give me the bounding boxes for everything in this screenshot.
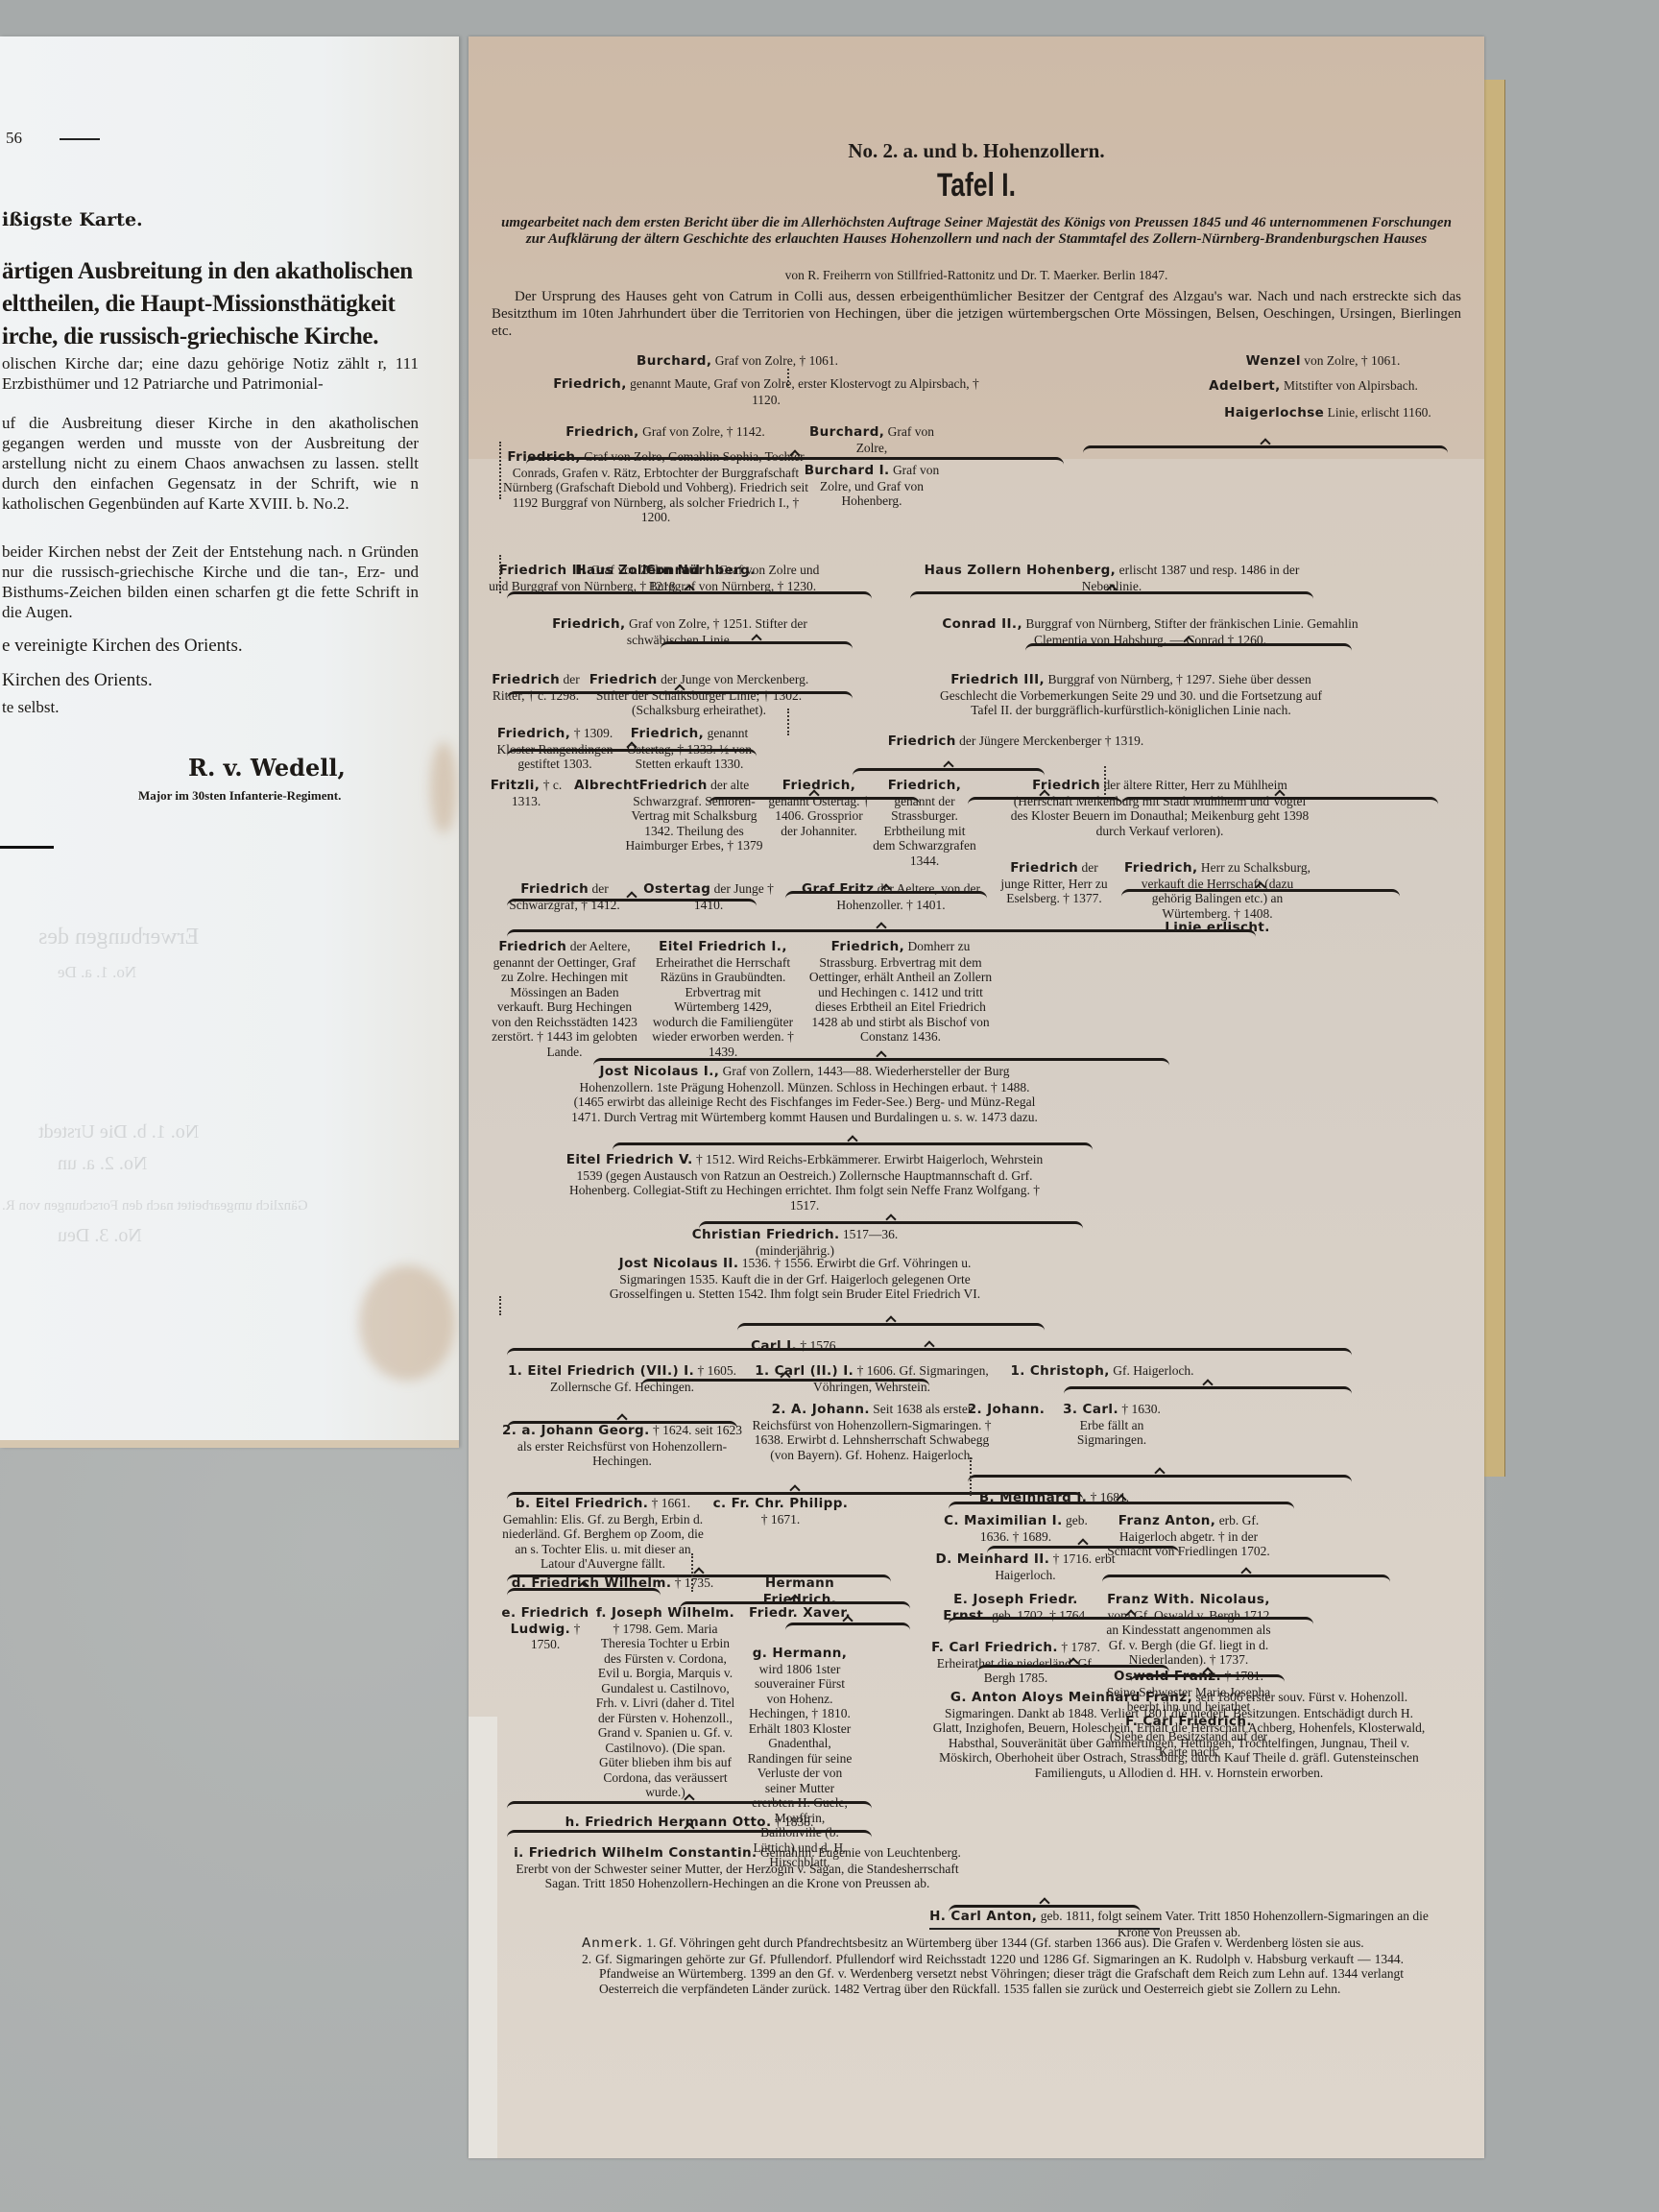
descent-line [499,1296,501,1315]
tree-node-friedr-xaver: Friedr. Xaver. [747,1605,853,1622]
person-name: i. Friedrich Wilhelm Constantin. [514,1845,757,1861]
person-name: Haigerlochse [1224,405,1324,421]
arrow-rule [0,846,54,849]
sheet-authors: von R. Freiherrn von Stillfried-Rattonit… [469,268,1484,283]
signature: R. v. Wedell, [188,754,346,781]
tree-node-haigerlochse: Haigerlochse Linie, erlischt 1160. [1160,405,1484,421]
tree-node-eitel-friedrich-5: Eitel Friedrich V. † 1512. Wird Reichs-E… [565,1152,1045,1213]
tree-node-i-friedrich-wilhelm-constantin: i. Friedrich Wilhelm Constantin. Gemahli… [497,1845,977,1891]
person-details: geb. 1811, folgt seinem Vater. Tritt 185… [1041,1909,1429,1939]
signature-title: Major im 30sten Infanterie-Regiment. [138,788,341,804]
person-name: 2. a. Johann Georg. [502,1423,650,1438]
tree-node-adelbert: Adelbert, Mitstifter von Alpirsbach. [1141,378,1484,395]
person-details: Graf von Zolre, † 1061. [715,353,838,368]
person-name: Burchard, [637,353,711,369]
person-details: Gf. Haigerloch. [1113,1363,1193,1378]
person-name: Fritzli, [491,778,541,793]
person-name: Friedrich [1010,860,1078,876]
bleed-through-text: No. 1. b. Die Urstedt [38,1121,199,1143]
left-paragraph-1: olischen Kirche dar; eine dazu gehörige … [2,353,419,394]
person-details: Linie, erlischt 1160. [1328,405,1431,420]
left-line-kirchen: Kirchen des Orients. [2,670,153,691]
descent-line [787,369,789,386]
sheet-subtitle: umgearbeitet nach dem ersten Bericht übe… [492,215,1461,248]
person-name: Friedrich III, [950,672,1045,687]
tan-strip [1481,80,1505,1477]
person-name: Graf Fritz [802,881,874,897]
person-name: Friedrich [888,733,956,749]
anmerkung-item: 1. Gf. Vöhringen geht durch Pfandrechtsb… [646,1935,1363,1950]
person-details: vom Gf. Oswald v. Bergh 1712 an Kindesst… [1106,1608,1270,1668]
tree-node-e-friedrich-ludwig: e. Friedrich Ludwig. † 1750. [497,1605,593,1652]
person-name: Friedrich, [831,939,905,954]
person-name: Friedrich, [553,376,627,392]
tree-node-c-maximilian: C. Maximilian I. geb. 1636. † 1689. [929,1513,1102,1544]
tree-node-friedrich-schwarzgraf: Friedrich der Schwarzgraf, † 1412. [488,881,641,912]
bleed-through-text: No. 3. Deu [58,1225,142,1247]
anmerkung: Anmerk. 1. Gf. Vöhringen geht durch Pfan… [520,1935,1404,1996]
person-details: † 1576. [800,1338,839,1353]
tree-node-c-philipp: c. Fr. Chr. Philipp. † 1671. [709,1496,853,1527]
brace-connector [785,1623,910,1633]
genealogy-sheet: No. 2. a. und b. Hohenzollern. Tafel I. … [469,36,1484,2158]
tree-node-h-friedrich-hermann-otto: h. Friedrich Hermann Otto. † 1838. [507,1815,872,1831]
person-name: Friedrich, [631,726,705,741]
brace-connector [737,1323,1045,1334]
person-name: Friedrich, [565,424,639,440]
person-details: † 1838. [775,1815,814,1829]
person-details: genannt Ostertag. † 1406. Grossprior der… [768,794,869,838]
descent-line [970,1457,972,1496]
person-name: H. Carl Anton, [929,1909,1037,1924]
person-details: Mitstifter von Alpirsbach. [1284,378,1418,393]
tree-node-burchard-1: Burchard I. Graf von Zolre, und Graf von… [795,463,949,509]
tree-node-ostertag-junge: Ostertag der Junge † 1410. [641,881,776,912]
intro-text: Der Ursprung des Hauses geht von Catrum … [492,288,1461,340]
person-name: Friedrich, [552,616,626,632]
person-details: der Jüngere Merckenberger † 1319. [959,733,1143,748]
left-heading: ärtigen Ausbreitung in den akatholischen… [2,255,424,353]
person-name: Friedrich [1032,778,1100,793]
tree-node-conrad-2: Conrad II., Burggraf von Nürnberg, Stift… [920,616,1381,647]
sheet-title: No. 2. a. und b. Hohenzollern. [469,144,1484,159]
person-name: Jost Nicolaus II. [619,1256,739,1271]
tree-node-friedrich-ostertag-1406: Friedrich, genannt Ostertag. † 1406. Gro… [766,778,872,838]
tree-node-burchard2: Burchard, Graf von Zolre, [795,424,949,455]
person-name: b. Eitel Friedrich. [516,1496,648,1511]
tree-node-friedrich-ostertag-1333: Friedrich, genannt Ostertag, † 1333. ½ v… [622,726,757,772]
person-name: Friedrich, [497,726,571,741]
brace-connector [1102,1575,1390,1585]
brace-connector [1064,1386,1352,1397]
person-name: Friedrich [520,881,589,897]
left-line-selbst: te selbst. [2,697,419,717]
tree-node-friedrich-domherr: Friedrich, Domherr zu Strassburg. Erbver… [805,939,997,1045]
person-name: C. Maximilian I. [944,1513,1063,1528]
tree-node-g-hermann: g. Hermann, wird 1806 1ster souverainer … [747,1646,853,1870]
tree-node-friedrich-sophia: Friedrich, Graf von Zolre, Gemahlin Soph… [497,449,814,525]
stain [359,1265,455,1381]
person-name: B. Meinhard I. [979,1490,1087,1505]
descent-line [787,709,789,735]
bleed-through-text: Erwerbungen des [38,925,199,950]
tree-node-friedrich-schalksburg: Friedrich, Herr zu Schalksburg, verkauft… [1121,860,1313,936]
person-name: Adelbert, [1209,378,1281,394]
person-name: Ostertag [643,881,710,897]
person-details: Domherr zu Strassburg. Erbvertrag mit de… [809,939,992,1044]
person-name: Friedrich [589,672,658,687]
person-name: Friedrich, [507,449,581,465]
tree-node-friedrich-1251: Friedrich, Graf von Zolre, † 1251. Stift… [526,616,833,647]
tree-node-franz-anton: Franz Anton, erb. Gf. Haigerloch abgetr.… [1102,1513,1275,1559]
tree-node-g-anton-aloys: G. Anton Aloys Meinhard Franz, seit 1806… [929,1690,1429,1780]
person-details: Graf von Zolre, † 1251. Stifter der schw… [627,616,807,647]
tree-node-friedrich-junge-ritter: Friedrich der junge Ritter, Herr zu Esel… [997,860,1112,906]
tree-node-friedrich-ritter: Friedrich der Ritter, † c. 1298. [488,672,584,703]
person-details: Graf von Zolre, † 1142. [642,424,765,439]
person-name: 2. A. Johann. [772,1402,870,1417]
person-name: Friedrich [639,778,708,793]
tree-node-d-friedrich-wilhelm: d. Friedrich Wilhelm. † 1735. [497,1575,728,1592]
bleed-through-text: Gänzlich umgearbeitet nach den Forschung… [2,1198,308,1214]
page-number-rule [60,138,100,140]
tree-node-e-joseph-friedr: E. Joseph Friedr. Ernst. geb. 1702. † 17… [929,1592,1102,1623]
person-name: F. Carl Friedrich. [931,1640,1058,1655]
stain [430,742,457,833]
tree-node-johann-georg: 2. a. Johann Georg. † 1624. seit 1623 al… [497,1423,747,1469]
person-name: Friedr. Xaver. [749,1605,851,1621]
person-details: wird 1806 1ster souverainer Fürst von Ho… [748,1662,853,1870]
karte-label: ißigste Karte. [2,209,143,230]
sheet-intro: Der Ursprung des Hauses geht von Catrum … [492,288,1461,340]
tree-node-johann-2: 2. Johann. [958,1402,1054,1418]
anmerkung-label: Anmerk. [582,1935,643,1951]
tree-node-eitel-friedrich-1: Eitel Friedrich I., Erheirathet die Herr… [651,939,795,1059]
person-name: 1. Carl (II.) I. [755,1363,854,1379]
person-name: h. Friedrich Hermann Otto. [565,1815,772,1830]
person-name: D. Meinhard II. [935,1551,1049,1567]
person-details: Burggraf von Nürnberg, Stifter der fränk… [1025,616,1358,647]
person-name: Eitel Friedrich I., [659,939,787,954]
left-paragraph-3: beider Kirchen nebst der Zeit der Entste… [2,541,419,622]
tree-node-d-meinhard-2: D. Meinhard II. † 1716. erbt Haigerloch. [929,1551,1121,1582]
person-name: c. Fr. Chr. Philipp. [713,1496,849,1511]
anmerkung-item: 2. Gf. Sigmaringen gehörte zur Gf. Pfull… [582,1952,1404,1996]
person-name: Franz Anton, [1118,1513,1216,1528]
sheet-fold [469,1717,497,2158]
person-name: Eitel Friedrich V. [566,1152,693,1167]
brace-connector [507,1348,1352,1358]
left-line-vereinigte: e vereinigte Kirchen des Orients. [2,636,243,657]
person-details: der Aeltere, genannt der Oettinger, Graf… [492,939,637,1059]
person-name: Friedrich, [1124,860,1198,876]
tree-node-jost-nicolaus-2: Jost Nicolaus II. 1536. † 1556. Erwirbt … [603,1256,987,1302]
page-number: 56 [6,129,22,148]
tree-node-f-joseph-wilhelm: f. Joseph Wilhelm. † 1798. Gem. Maria Th… [593,1605,737,1800]
descent-line [691,1553,693,1592]
tree-node-fritzli: Fritzli, † c. 1313. [488,778,565,808]
person-details: † 1735. [675,1575,714,1590]
tafel-title: Tafel I. [580,179,1372,194]
person-name: Friedrich, [782,778,856,793]
person-name: Burchard I. [805,463,890,478]
person-name: 1. Christoph, [1010,1363,1109,1379]
brace-connector [1083,445,1448,456]
tree-node-hermann-friedrich: Hermann Friedrich. [728,1575,872,1607]
person-name: Burchard, [809,424,884,440]
left-paragraph-2: uf die Ausbreitung dieser Kirche in den … [2,413,419,514]
person-name: Franz With. Nicolaus, [1107,1592,1270,1607]
person-details: geb. 1702. † 1764. [992,1608,1089,1623]
person-details: † 1798. Gem. Maria Theresia Tochter u Er… [596,1622,735,1800]
person-name: d. Friedrich Wilhelm. [512,1575,672,1591]
person-name: Hermann Friedrich. [763,1575,837,1607]
tree-node-christoph: 1. Christoph, Gf. Haigerloch. [1006,1363,1198,1380]
person-name: Conrad II., [942,616,1022,632]
tree-node-fritz-aeltere: Graf Fritz der Aeltere, von der Hohenzol… [795,881,987,912]
person-name: f. Joseph Wilhelm. [596,1605,734,1621]
tree-node-conrad-1: Conrad I. Graf von Zolre und Burggraf vo… [641,563,824,593]
person-details: Erheirathet die Herrschaft Räzüns in Gra… [652,955,794,1059]
person-name: Oswald Franz. [1114,1669,1221,1684]
tree-node-carl-1: Carl I. † 1576. [699,1338,891,1355]
tree-node-carl-3: 3. Carl. † 1630. Erbe fällt an Sigmaring… [1054,1402,1169,1448]
tree-node-wenzel: Wenzel von Zolre, † 1061. [1179,353,1467,370]
person-name: Haus Zollern Hohenberg, [925,563,1117,578]
descent-line [499,442,501,499]
descent-line [1104,766,1106,795]
anmerkung-rule [929,1928,1160,1930]
person-name: Friedrich, [888,778,962,793]
person-name: Jost Nicolaus I., [599,1064,719,1079]
person-name: Friedrich [498,939,566,954]
person-name: Conrad I. [646,563,716,578]
person-name: Friedrich II. [499,563,588,578]
tree-node-friedrich-3: Friedrich III, Burggraf von Nürnberg, † … [929,672,1333,718]
bleed-through-text: No. 1. a. De [58,963,136,982]
person-name: G. Anton Aloys Meinhard Franz, [950,1690,1192,1705]
tree-node-jost-nicolaus-1: Jost Nicolaus I., Graf von Zollern, 1443… [565,1064,1045,1124]
person-name: 2. Johann. [968,1402,1046,1417]
tree-node-haus-hohenberg: Haus Zollern Hohenberg, erlischt 1387 un… [920,563,1304,593]
tree-node-carl-2: 1. Carl (II.) I. † 1606. Gf. Sigmaringen… [747,1363,997,1394]
brace-connector [968,1475,1352,1485]
tree-node-christian-friedrich: Christian Friedrich. 1517—36. (minderjäh… [651,1227,939,1258]
tree-node-friedrich-oettinger: Friedrich der Aeltere, genannt der Oetti… [488,939,641,1059]
person-details: † 1681. [1091,1490,1130,1504]
person-name: Friedrich [492,672,560,687]
person-details: von Zolre, † 1061. [1304,353,1400,368]
person-name: Carl I. [751,1338,797,1354]
descent-line [499,555,501,593]
tree-node-b-eitel-friedrich: b. Eitel Friedrich. † 1661. Gemahlin: El… [497,1496,709,1572]
bleed-through-text: No. 2. a. un [58,1153,147,1175]
tree-node-friedrich-juengere: Friedrich der Jüngere Merckenberger † 13… [795,733,1237,750]
person-details: † 1671. [761,1512,801,1527]
tree-node-friedrich-1142: Friedrich, Graf von Zolre, † 1142. [507,424,824,441]
tree-node-f-carl-friedrich: F. Carl Friedrich. † 1787. Erheirathet d… [929,1640,1102,1686]
left-page: 56 ißigste Karte. ärtigen Ausbreitung in… [0,36,459,1448]
tree-node-schwarzgraf-alte: Friedrich der alte Schwarzgraf. Senioren… [622,778,766,854]
tree-node-burchard: Burchard, Graf von Zolre, † 1061. [584,353,891,370]
tree-node-franz-wilh-nicolaus: Franz With. Nicolaus, vom Gf. Oswald v. … [1102,1592,1275,1668]
person-name: Christian Friedrich. [692,1227,840,1242]
person-details: genannt Maute, Graf von Zolre, erster Kl… [630,376,979,407]
tree-node-friedrich-merckenberg: Friedrich der Junge von Merckenberg. Sti… [584,672,814,718]
person-name: Wenzel [1246,353,1301,369]
person-name: 3. Carl. [1063,1402,1118,1417]
page-edge [0,1440,459,1448]
node-note: Linie erlischt. [1121,921,1313,936]
person-name: g. Hermann, [753,1646,848,1661]
tree-node-friedrich-1309: Friedrich, † 1309. Kloster Rangendingen … [488,726,622,772]
person-details: genannt der Strassburger. Erbtheilung mi… [873,794,976,868]
tree-node-b-meinhard-1: B. Meinhard I. † 1681. [929,1490,1179,1506]
tree-node-friedrich-aeltere-ritter: Friedrich der ältere Ritter, Herr zu Müh… [1006,778,1313,838]
tree-node-friedrich-maute: Friedrich, genannt Maute, Graf von Zolre… [545,376,987,407]
person-name: 1. Eitel Friedrich (VII.) I. [508,1363,694,1379]
tree-node-eitel-friedrich-7: 1. Eitel Friedrich (VII.) I. † 1605. Zol… [497,1363,747,1394]
tree-node-friedrich-strassburger: Friedrich, genannt der Strassburger. Erb… [872,778,977,868]
